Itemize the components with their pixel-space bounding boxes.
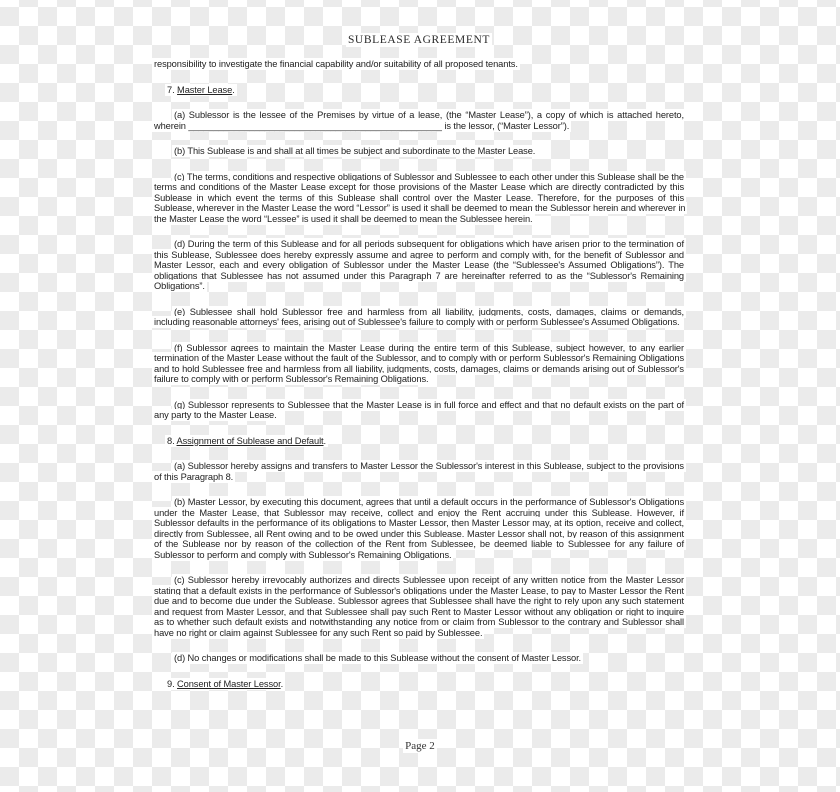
paragraph: (c) Sublessor hereby irrevocably authori…	[152, 575, 686, 638]
section-heading-underlined: Master Lease	[177, 85, 232, 95]
document-title-text: SUBLEASE AGREEMENT	[346, 33, 492, 47]
paragraph-text: (g) Sublessor represents to Sublessee th…	[152, 399, 686, 422]
paragraph-text: (c) Sublessor hereby irrevocably authori…	[152, 574, 686, 639]
paragraph: (g) Sublessor represents to Sublessee th…	[152, 400, 686, 421]
paragraph: (e) Sublessee shall hold Sublessor free …	[152, 307, 686, 328]
paragraph: (b) Master Lessor, by executing this doc…	[152, 497, 686, 560]
paragraph: (f) Sublessor agrees to maintain the Mas…	[152, 343, 686, 385]
paragraph-text: (b) This Sublease is and shall at all ti…	[172, 145, 537, 157]
paragraph-text: (d) No changes or modifications shall be…	[172, 652, 583, 664]
paragraph-text: (a) Sublessor hereby assigns and transfe…	[152, 460, 686, 483]
paragraph: (a) Sublessor hereby assigns and transfe…	[152, 461, 686, 482]
paragraph: (d) No changes or modifications shall be…	[152, 653, 686, 664]
paragraph-text: (b) Master Lessor, by executing this doc…	[152, 496, 686, 561]
document-page: SUBLEASE AGREEMENT responsibility to inv…	[152, 34, 686, 704]
section-heading-text: 8. Assignment of Sublease and Default.	[165, 435, 328, 447]
page-footer: Page 2	[0, 740, 840, 753]
intro-line: responsibility to investigate the financ…	[152, 59, 686, 70]
section-heading: 8. Assignment of Sublease and Default.	[165, 436, 686, 447]
section-heading-text: 9. Consent of Master Lessor.	[165, 678, 285, 690]
document-body: responsibility to investigate the financ…	[152, 59, 686, 689]
paragraph: (c) The terms, conditions and respective…	[152, 172, 686, 225]
paragraph: (a) Sublessor is the lessee of the Premi…	[152, 110, 686, 131]
paragraph-text: responsibility to investigate the financ…	[152, 58, 520, 70]
document-title: SUBLEASE AGREEMENT	[152, 34, 686, 47]
section-heading-text: 7. Master Lease.	[165, 84, 237, 96]
paragraph-text: (a) Sublessor is the lessee of the Premi…	[152, 109, 686, 132]
paragraph: (d) During the term of this Sublease and…	[152, 239, 686, 292]
transparency-checkerboard: SUBLEASE AGREEMENT responsibility to inv…	[0, 0, 840, 792]
paragraph: (b) This Sublease is and shall at all ti…	[152, 146, 686, 157]
paragraph-text: (d) During the term of this Sublease and…	[152, 238, 686, 292]
section-heading: 7. Master Lease.	[165, 85, 686, 96]
page-number: Page 2	[403, 739, 437, 753]
section-heading: 9. Consent of Master Lessor.	[165, 679, 686, 690]
paragraph-text: (c) The terms, conditions and respective…	[152, 171, 687, 225]
section-heading-underlined: Consent of Master Lessor	[177, 679, 281, 689]
section-heading-underlined: Assignment of Sublease and Default	[177, 436, 324, 446]
paragraph-text: (e) Sublessee shall hold Sublessor free …	[152, 306, 686, 329]
paragraph-text: (f) Sublessor agrees to maintain the Mas…	[152, 342, 686, 386]
